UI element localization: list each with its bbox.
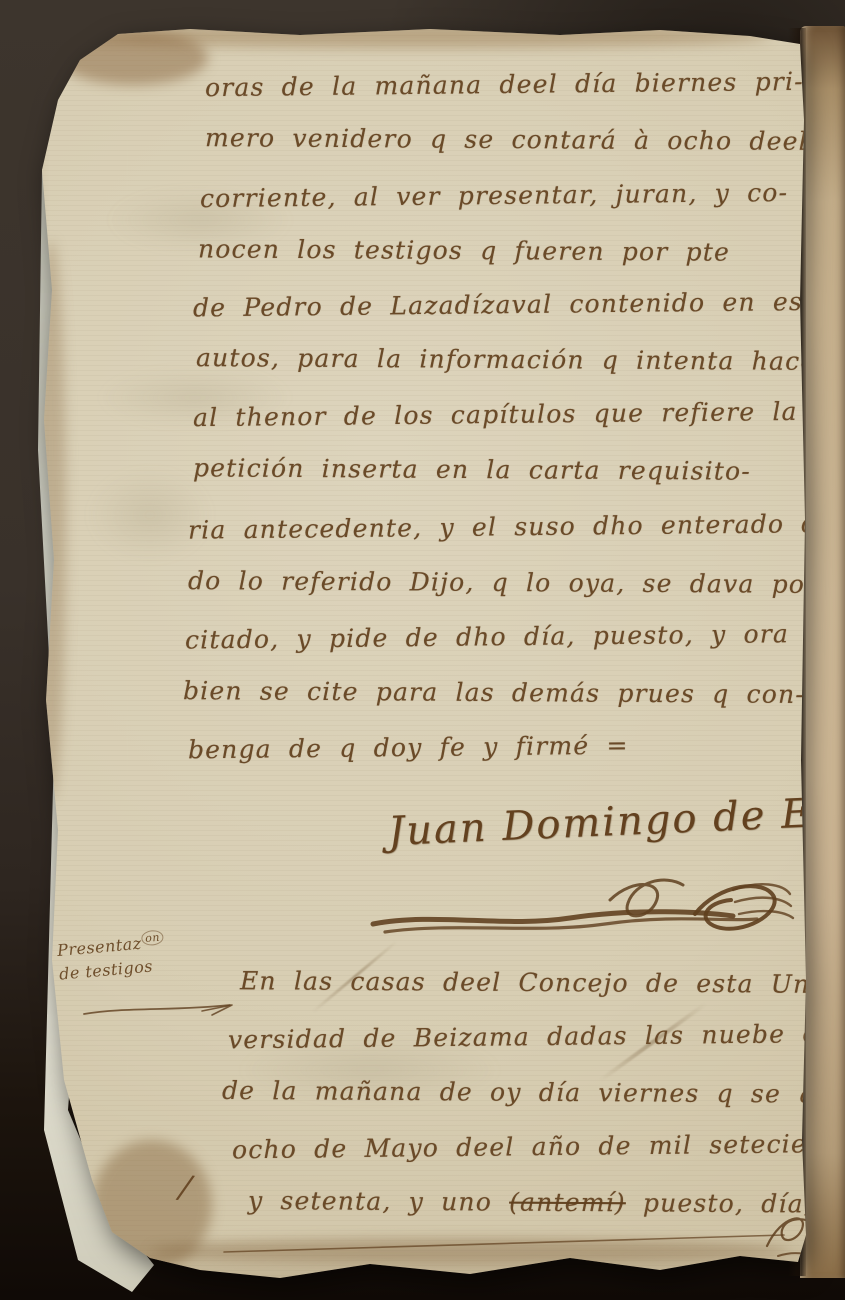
top-left-corner-stain	[58, 30, 208, 85]
handwritten-line: benga de q doy fe y firmé =	[188, 733, 629, 763]
handwritten-line: corriente, al ver presentar, juran, y co…	[200, 180, 788, 211]
handwritten-line: versidad de Beizama dadas las nuebe oras	[228, 1021, 845, 1053]
handwritten-line: de Pedro de Lazadízaval contenido en est…	[193, 289, 845, 321]
handwritten-line: mero venidero q se contará à ocho deel	[205, 125, 808, 154]
margin-note-superscript: on	[141, 929, 165, 946]
handwritten-line: autos, para la información q intenta hac…	[196, 345, 830, 374]
bottom-rule	[222, 1210, 822, 1268]
margin-note-underline	[80, 1000, 240, 1020]
left-edge-stain	[36, 240, 66, 800]
handwritten-line: do lo referido Dijo, q lo oya, se dava p…	[188, 568, 818, 597]
manuscript-page: oras de la mañana deel día biernes pri- …	[0, 0, 845, 1300]
signature-rubric-flourish	[365, 872, 795, 947]
page-wrapper: oras de la mañana deel día biernes pri- …	[0, 0, 845, 1300]
handwritten-line: bien se cite para las demás prues q con-	[183, 678, 805, 707]
handwritten-line: al thenor de los capítulos que refiere l…	[193, 399, 798, 430]
handwritten-line: oras de la mañana deel día biernes pri-	[205, 69, 804, 100]
handwritten-line: citado, y pide de dho día, puesto, y ora…	[185, 620, 845, 652]
handwritten-line: ocho de Mayo deel año de mil setecientos	[232, 1131, 845, 1163]
signature: Juan Domingo de Elola	[387, 787, 845, 855]
handwritten-line: petición inserta en la carta requisito-	[193, 455, 751, 483]
manuscript-photo: oras de la mañana deel día biernes pri- …	[0, 0, 845, 1300]
handwritten-line: En las casas deel Concejo de esta Uni-	[240, 968, 829, 997]
handwritten-line: de la mañana de oy día viernes q se quen…	[222, 1078, 845, 1107]
margin-note: Presentazon de testigos	[56, 929, 167, 987]
handwritten-line: nocen los testigos q fueren por pte	[198, 236, 730, 264]
handwritten-line: ria antecedente, y el suso dho enterado …	[188, 510, 845, 542]
